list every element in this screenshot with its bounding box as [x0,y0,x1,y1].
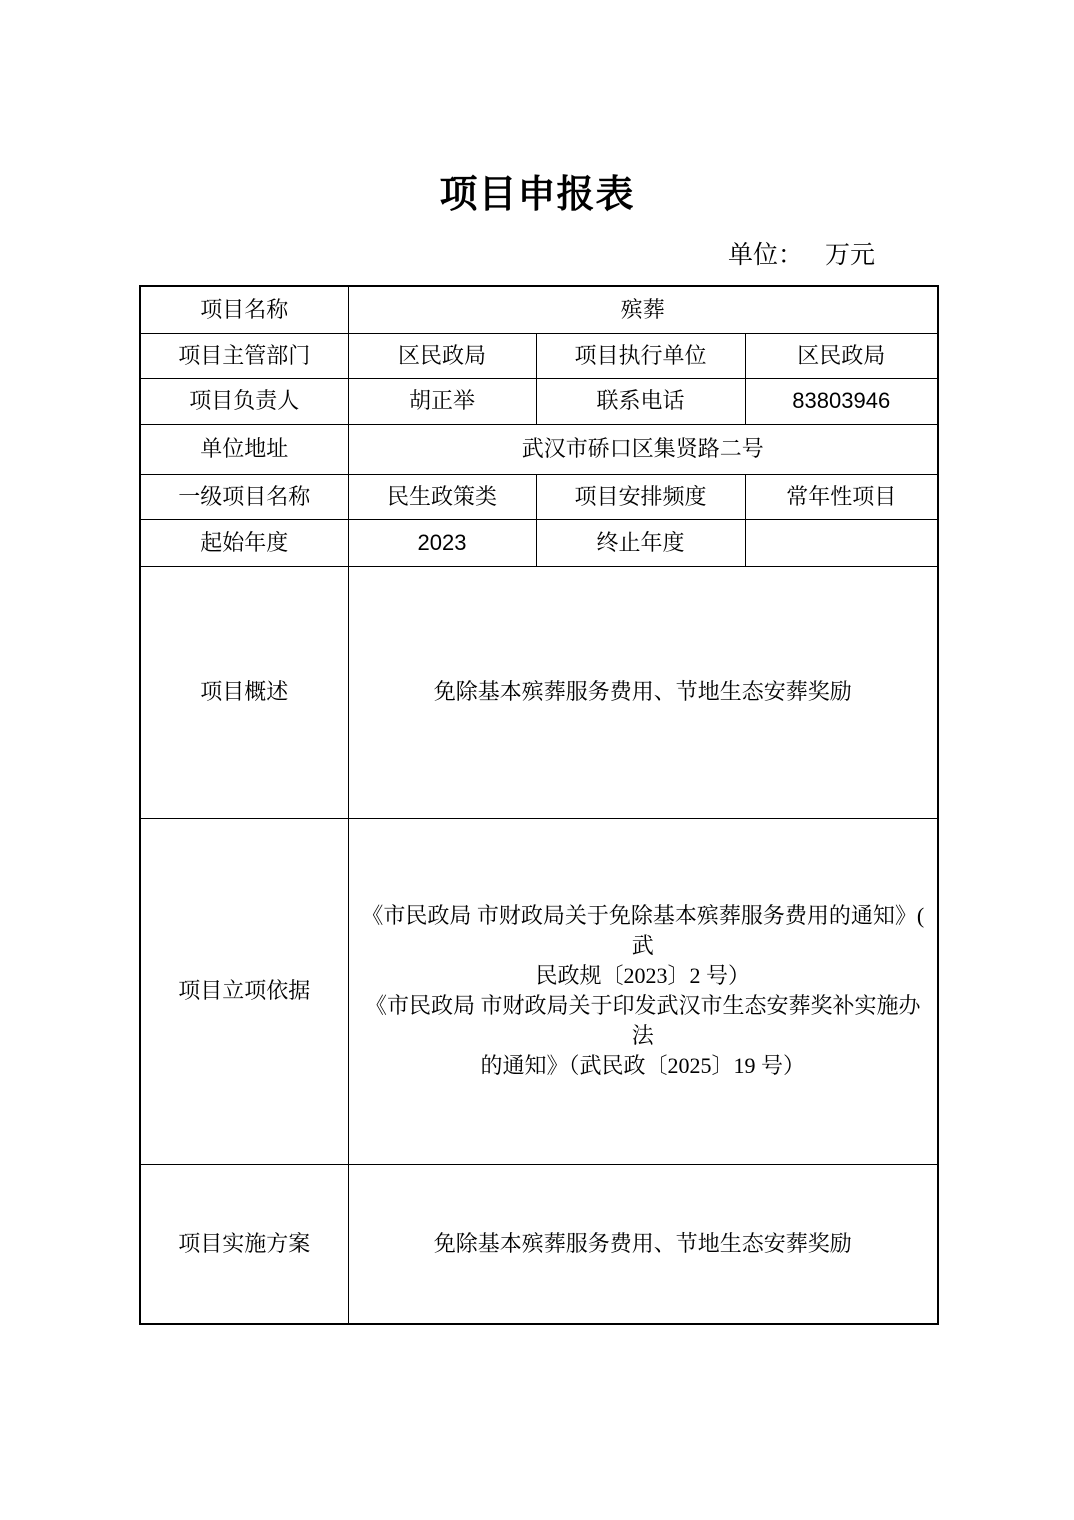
approval-basis-label: 项目立项依据 [140,818,348,1164]
managing-dept-value: 区民政局 [348,333,536,378]
row-address: 单位地址 武汉市硚口区集贤路二号 [140,424,938,474]
unit-address-label: 单位地址 [140,424,348,474]
row-level-frequency: 一级项目名称 民生政策类 项目安排频度 常年性项目 [140,474,938,519]
overview-value: 免除基本殡葬服务费用、节地生态安葬奖励 [348,566,938,818]
level1-project-label: 一级项目名称 [140,474,348,519]
contact-phone-label: 联系电话 [536,378,745,424]
start-year-label: 起始年度 [140,519,348,566]
project-application-table: 项目名称 殡葬 项目主管部门 区民政局 项目执行单位 区民政局 项目负责人 胡正… [139,285,939,1325]
contact-phone-value: 83803946 [745,378,938,424]
project-name-value: 殡葬 [348,286,938,333]
unit-value: 万元 [825,242,875,269]
end-year-value [745,519,938,566]
project-leader-value: 胡正举 [348,378,536,424]
arrangement-frequency-value: 常年性项目 [745,474,938,519]
row-leader-phone: 项目负责人 胡正举 联系电话 83803946 [140,378,938,424]
approval-basis-value: 《市民政局 市财政局关于免除基本殡葬服务费用的通知》( 武 民政规〔2023〕2… [348,818,938,1164]
start-year-value: 2023 [348,519,536,566]
row-years: 起始年度 2023 终止年度 [140,519,938,566]
executing-unit-value: 区民政局 [745,333,938,378]
implementation-plan-value: 免除基本殡葬服务费用、节地生态安葬奖励 [348,1164,938,1324]
level1-project-value: 民生政策类 [348,474,536,519]
row-approval-basis: 项目立项依据 《市民政局 市财政局关于免除基本殡葬服务费用的通知》( 武 民政规… [140,818,938,1164]
overview-label: 项目概述 [140,566,348,818]
row-implementation-plan: 项目实施方案 免除基本殡葬服务费用、节地生态安葬奖励 [140,1164,938,1324]
managing-dept-label: 项目主管部门 [140,333,348,378]
row-overview: 项目概述 免除基本殡葬服务费用、节地生态安葬奖励 [140,566,938,818]
page-title: 项目申报表 [0,174,1074,216]
unit-label: 单位： [728,242,803,269]
unit-address-value: 武汉市硚口区集贤路二号 [348,424,938,474]
end-year-label: 终止年度 [536,519,745,566]
row-project-name: 项目名称 殡葬 [140,286,938,333]
executing-unit-label: 项目执行单位 [536,333,745,378]
unit-note: 单位：万元 [139,241,937,271]
arrangement-frequency-label: 项目安排频度 [536,474,745,519]
row-departments: 项目主管部门 区民政局 项目执行单位 区民政局 [140,333,938,378]
project-leader-label: 项目负责人 [140,378,348,424]
implementation-plan-label: 项目实施方案 [140,1164,348,1324]
project-name-label: 项目名称 [140,286,348,333]
